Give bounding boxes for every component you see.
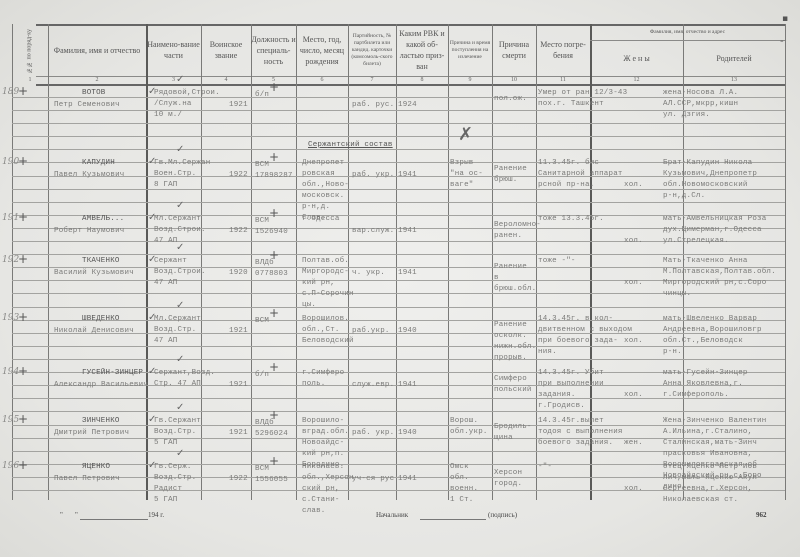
party-membership: раб. укр. <box>352 170 394 181</box>
header-party: Партийность, № партбилета или кандид. ка… <box>348 24 396 76</box>
burial-place: 14.3.45г. в кол- двитвенном с выходом пр… <box>538 314 632 358</box>
column-divider <box>448 24 449 500</box>
unit-name: Рядовой,Строи. /Служ.на 10 м./ <box>154 88 220 121</box>
header-rank: Воинское звание <box>201 24 251 76</box>
position: ВСМ 1556055 <box>255 464 288 486</box>
cause-of-death: Вероломно- ранен. <box>494 220 541 242</box>
given-name-patronymic: Дмитрий Петрович <box>54 428 129 439</box>
party-membership: раб. рус. <box>352 100 394 111</box>
given-name-patronymic: Петр Семенович <box>54 100 120 111</box>
given-name-patronymic: Павел Петрович <box>54 474 120 485</box>
surname: КАПУДИН <box>82 158 115 169</box>
row-number: 194 <box>2 367 19 377</box>
column-divider <box>492 24 493 500</box>
row-number: 196 <box>2 461 19 471</box>
check-mark: ✓ <box>176 448 184 459</box>
header-cause-of-death: Причина смерти <box>492 24 536 76</box>
stain-mark: ▪ <box>782 14 788 24</box>
position: ВСМ 1526940 <box>255 216 288 238</box>
conscription-year: 1941 <box>398 380 417 391</box>
unit-name: Мл.Сержант Возд.Стр. 47 АП <box>154 314 201 347</box>
conscription-year: 1941 <box>398 170 417 181</box>
column-number: 1 <box>12 77 48 83</box>
ruled-line <box>12 136 785 137</box>
check-mark: ✓ <box>176 144 184 155</box>
birth-year: 1921 <box>229 380 248 391</box>
column-number: 9 <box>448 77 492 83</box>
cause-of-death: Херсон город. <box>494 468 522 490</box>
header-position: Должность и специаль-ность <box>251 24 296 76</box>
birth-year: 1922 <box>229 226 248 237</box>
party-membership: уч-ся рус. <box>352 474 399 485</box>
birthplace: г.Симферо поль. <box>302 368 344 390</box>
surname: ЯЦЕНКО <box>82 462 110 473</box>
cause-of-death: пол.ож. <box>494 94 527 105</box>
wife-status: хол. <box>624 180 643 191</box>
parents-address: отец-Яценко Петр Иов лич,мать-Яценко Аку… <box>663 462 757 506</box>
cause-of-death: Бродиль- щина <box>494 422 532 444</box>
row-number: 189 <box>2 87 19 97</box>
unit-name: Сержант Возд.Строи. 47 АП <box>154 256 206 289</box>
admission: Взрыв "на ос- ваге" <box>450 158 483 191</box>
unit-name: Гв.Сержант Возд.Стр. 5 ГАП <box>154 416 201 449</box>
unit-name: Гв.Мл.Сержан Воен.Стр. 8 ГАП <box>154 158 210 191</box>
check-mark: ✓ <box>176 402 184 413</box>
column-number: 3 <box>146 77 201 83</box>
unit-name: Сержант,Возд. Стр. 47 АП <box>154 368 215 390</box>
birthplace: Николаев. обл.,Херсон ский рн, с.Стани- … <box>302 462 354 517</box>
burial-place: -"- <box>538 462 552 473</box>
check-mark: ✓ <box>176 242 184 253</box>
wife-status: хол. <box>624 336 643 347</box>
ruled-line <box>12 149 785 150</box>
party-membership: служ.евр. <box>352 380 394 391</box>
given-name-patronymic: Роберт Наумович <box>54 226 125 237</box>
position: ВЛДб 5296024 <box>255 418 288 440</box>
given-name-patronymic: Павел Кузьмович <box>54 170 125 181</box>
position: ВСМ <box>255 316 269 327</box>
ruled-line <box>12 123 785 124</box>
column-number: 10 <box>492 77 536 83</box>
row-number: 190 <box>2 157 19 167</box>
date-underline <box>80 519 148 520</box>
footer-date-quote: " <box>60 511 63 519</box>
cross-mark: + <box>18 210 28 224</box>
party-membership: раб.укр. <box>352 326 390 337</box>
column-divider <box>396 24 397 500</box>
header-parents: Родителей <box>683 40 785 76</box>
position: ВСМ 17898287 <box>255 160 293 182</box>
parents-address: мать-Швеленко Варвар Андреевна,Ворошилов… <box>663 314 762 358</box>
ruled-line <box>12 254 785 255</box>
wife-status: хол. <box>624 484 643 495</box>
column-number: 13 <box>683 77 785 83</box>
column-number: 8 <box>396 77 448 83</box>
cross-mark: + <box>18 458 28 472</box>
cause-of-death: Ранение осколк. нижн.обл. прорыв. <box>494 320 536 364</box>
burial-place: тоже -"- <box>538 256 576 267</box>
birth-year: 1921 <box>229 428 248 439</box>
casualty-register-table: №№ по поряд-куФамилия, имя и отчествоНаи… <box>36 24 785 504</box>
row-number: 191 <box>2 213 19 223</box>
ruled-line <box>12 202 785 203</box>
header-birth: Место, год, число, месяц рождения <box>296 24 348 76</box>
birthplace: г.Одесса <box>302 214 340 225</box>
column-divider <box>296 24 297 500</box>
conscription-year: 1924 <box>398 100 417 111</box>
cross-mark: + <box>269 306 279 320</box>
given-name-patronymic: Николай Денисович <box>54 326 134 337</box>
cause-of-death: Ранение брюш. <box>494 164 527 186</box>
column-divider <box>48 24 49 500</box>
check-mark: ✓ <box>176 300 184 311</box>
stain-mark: ‑ <box>780 36 784 47</box>
burial-place: 14.3.45г.вылет тодоя с выполнения боевог… <box>538 416 623 449</box>
conscription-year: 1941 <box>398 474 417 485</box>
footer-chief-label: Начальник <box>376 511 408 519</box>
surname: ВОТОВ <box>82 88 106 99</box>
check-mark: ✓ <box>176 200 184 211</box>
parents-address: мать-Амвельницкая Роза дух.Цимерман,г.Од… <box>663 214 766 247</box>
admission: Омск обл. военн. 1 Ст. <box>450 462 478 506</box>
wife-status: хол. <box>624 236 643 247</box>
column-divider <box>785 24 786 500</box>
page-number: 962 <box>756 511 767 519</box>
position: б/п <box>255 90 269 101</box>
cross-mark: + <box>18 154 28 168</box>
cross-mark: + <box>269 80 279 94</box>
cross-mark: + <box>18 84 28 98</box>
birth-year: 1921 <box>229 326 248 337</box>
burial-place: 11.3.45г. бис Санитарной аппарат рсной п… <box>538 158 623 191</box>
party-membership: раб. укр. <box>352 428 394 439</box>
conscription-year: 1941 <box>398 226 417 237</box>
column-number: 2 <box>48 77 146 83</box>
parents-address: жена-Носова Л.А. АЛ.ССР,мкрр,кишн ул. Дз… <box>663 88 738 121</box>
wife-status: жен. <box>624 438 643 449</box>
given-name-patronymic: Василий Кузьмович <box>54 268 134 279</box>
birthplace: Полтав.об. Миргородс- кий рн, с.П-Сорочи… <box>302 256 354 311</box>
given-name-patronymic: Александр Васильевич <box>54 380 148 391</box>
cross-mark: + <box>18 252 28 266</box>
double-check-mark: ✗ <box>458 124 473 145</box>
column-number: 7 <box>348 77 396 83</box>
header-admission: Причина и время поступления на излечение <box>448 24 492 76</box>
cross-mark: + <box>18 364 28 378</box>
footer-signature-label: (подпись) <box>488 511 517 519</box>
header-burial: Место погре-бения <box>536 24 590 76</box>
ruled-line <box>12 307 785 308</box>
header-full-name: Фамилия, имя и отчество <box>48 24 146 76</box>
parents-address: Брат-Капудин Никола Кузьмович,Днепропетр… <box>663 158 757 202</box>
burial-place: 14.3.45г. Убит при выполнении задания. г… <box>538 368 604 412</box>
parents-address: мать-Гусейн-Зинцер Анна Яковлевна,г. г.С… <box>663 368 748 401</box>
section-note: Сержантский состав <box>308 140 393 151</box>
surname: ГУСЕЙН-ЗИНЦЕР <box>82 368 143 379</box>
surname: ТКАЧЕНКО <box>82 256 120 267</box>
header-wife: Ж е н ы <box>590 40 683 76</box>
ruled-line <box>12 411 785 412</box>
column-number: 12 <box>590 77 683 83</box>
position: б/п <box>255 370 269 381</box>
cross-mark: + <box>269 360 279 374</box>
party-membership: ч. укр. <box>352 268 385 279</box>
footer-year: 194 г. <box>148 511 164 519</box>
signature-line <box>420 519 486 520</box>
header-relatives-group: Фамилия, имя, отчество и адрес <box>590 24 785 40</box>
footer-date-quote2: " <box>75 511 78 519</box>
column-divider <box>251 24 252 500</box>
header-conscription: Каким РВК и какой об-ластью приз-ван <box>396 24 448 76</box>
burial-place: Умер от ран 12/3-43 пох.г. Ташкент <box>538 88 627 110</box>
position: ВЛДб 0778803 <box>255 258 288 280</box>
check-mark: ✓ <box>176 354 184 365</box>
row-number: 195 <box>2 415 19 425</box>
header-row-number: №№ по поряд-ку <box>12 26 48 76</box>
burial-place: тоже 13.3.45г. <box>538 214 604 225</box>
surname: АМВЕЛЬ... <box>82 214 124 225</box>
birthplace: Ворошилов. обл.,Ст. Беловодский <box>302 314 354 347</box>
conscription-year: 1940 <box>398 326 417 337</box>
birth-year: 1921 <box>229 100 248 111</box>
cause-of-death: Ранение в брюш.обл. <box>494 262 536 295</box>
surname: ШВЕДЕНКО <box>82 314 120 325</box>
admission: Ворош. обл.укр. <box>450 416 488 438</box>
column-number: 6 <box>296 77 348 83</box>
check-mark: ✓ <box>176 74 184 85</box>
row-number: 192 <box>2 255 19 265</box>
column-number: 4 <box>201 77 251 83</box>
surname: ЗИНЧЕНКО <box>82 416 120 427</box>
cross-mark: + <box>18 412 28 426</box>
party-membership: вар.служ. <box>352 226 394 237</box>
conscription-year: 1941 <box>398 268 417 279</box>
ruled-line <box>12 359 785 360</box>
row-number: 193 <box>2 313 19 323</box>
unit-name: Гв.Серж. Возд.Стр. Радист 5 ГАП <box>154 462 196 506</box>
parents-address: Мать-Ткаченко Анна М.Полтавская,Полтав.о… <box>663 256 776 300</box>
birth-year: 1922 <box>229 474 248 485</box>
birth-year: 1922 <box>229 170 248 181</box>
wife-status: хол. <box>624 278 643 289</box>
cause-of-death: Симферо польский <box>494 374 532 396</box>
conscription-year: 1940 <box>398 428 417 439</box>
archival-document-page: №№ по поряд-куФамилия, имя и отчествоНаи… <box>0 0 800 557</box>
cross-mark: + <box>18 310 28 324</box>
header-unit: Наимено-вание части <box>146 24 201 76</box>
column-number: 11 <box>536 77 590 83</box>
wife-status: хол. <box>624 390 643 401</box>
birth-year: 1920 <box>229 268 248 279</box>
